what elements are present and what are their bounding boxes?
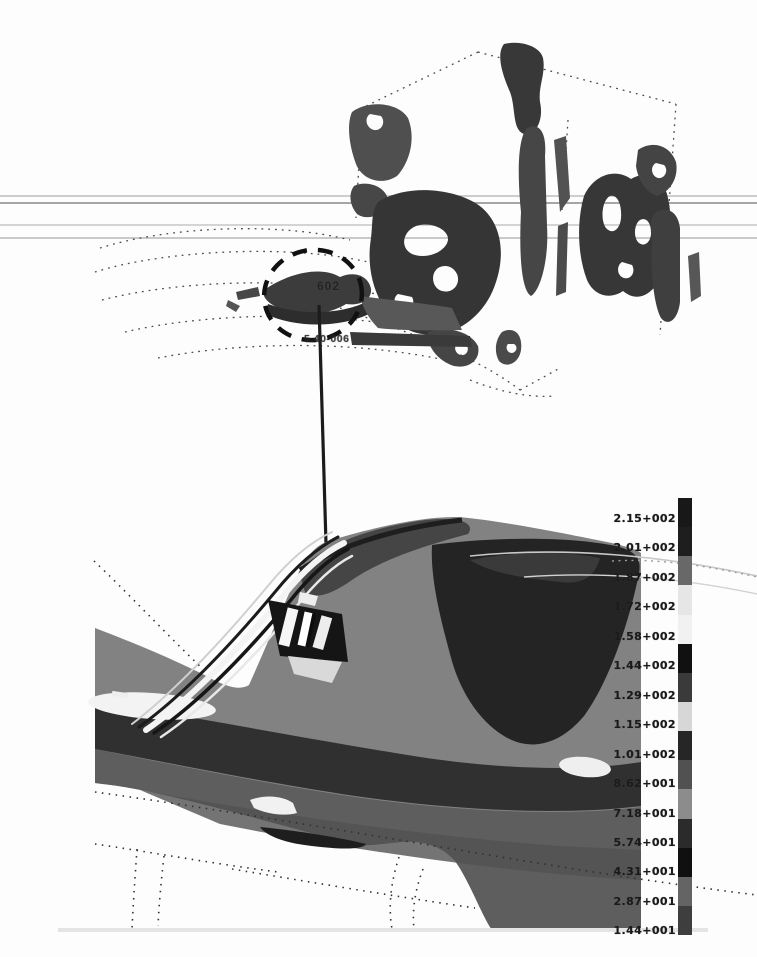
legend-colorbar-segment — [678, 498, 692, 527]
legend-value: 1.72+002 — [613, 600, 676, 613]
stress-legend-colorbar — [678, 498, 692, 935]
legend-value: 1.44+001 — [613, 924, 676, 937]
legend-value: 4.31+001 — [613, 865, 676, 878]
legend-colorbar-segment — [678, 556, 692, 585]
legend-value: 2.87+001 — [613, 895, 676, 908]
legend-value: 7.18+001 — [613, 807, 676, 820]
legend-value: 1.44+002 — [613, 659, 676, 672]
legend-colorbar-segment — [678, 644, 692, 673]
legend-colorbar-segment — [678, 673, 692, 702]
legend-colorbar-segment — [678, 877, 692, 906]
scanned-fea-contour-figure: 2.15+0022.01+0021.87+0021.72+0021.58+002… — [0, 0, 757, 957]
legend-colorbar-segment — [678, 615, 692, 644]
hotspot-value-annotation: 602 — [317, 279, 340, 293]
leader-value-annotation: 5.40-006 — [304, 333, 349, 345]
legend-colorbar-segment — [678, 848, 692, 877]
legend-colorbar-segment — [678, 731, 692, 760]
legend-colorbar-segment — [678, 906, 692, 935]
legend-colorbar-segment — [678, 789, 692, 818]
legend-value: 8.62+001 — [613, 777, 676, 790]
legend-colorbar-segment — [678, 760, 692, 789]
detail-view — [87, 517, 641, 930]
detail-bottom-edge — [58, 928, 708, 932]
legend-colorbar-segment — [678, 585, 692, 614]
legend-value: 1.58+002 — [613, 630, 676, 643]
legend-colorbar-segment — [678, 527, 692, 556]
legend-colorbar-segment — [678, 702, 692, 731]
legend-value: 2.01+002 — [613, 541, 676, 554]
legend-value: 2.15+002 — [613, 512, 676, 525]
legend-value: 1.29+002 — [613, 689, 676, 702]
legend-value: 5.74+001 — [613, 836, 676, 849]
legend-value: 1.15+002 — [613, 718, 676, 731]
legend-value: 1.87+002 — [613, 571, 676, 584]
legend-value: 1.01+002 — [613, 748, 676, 761]
legend-colorbar-segment — [678, 819, 692, 848]
